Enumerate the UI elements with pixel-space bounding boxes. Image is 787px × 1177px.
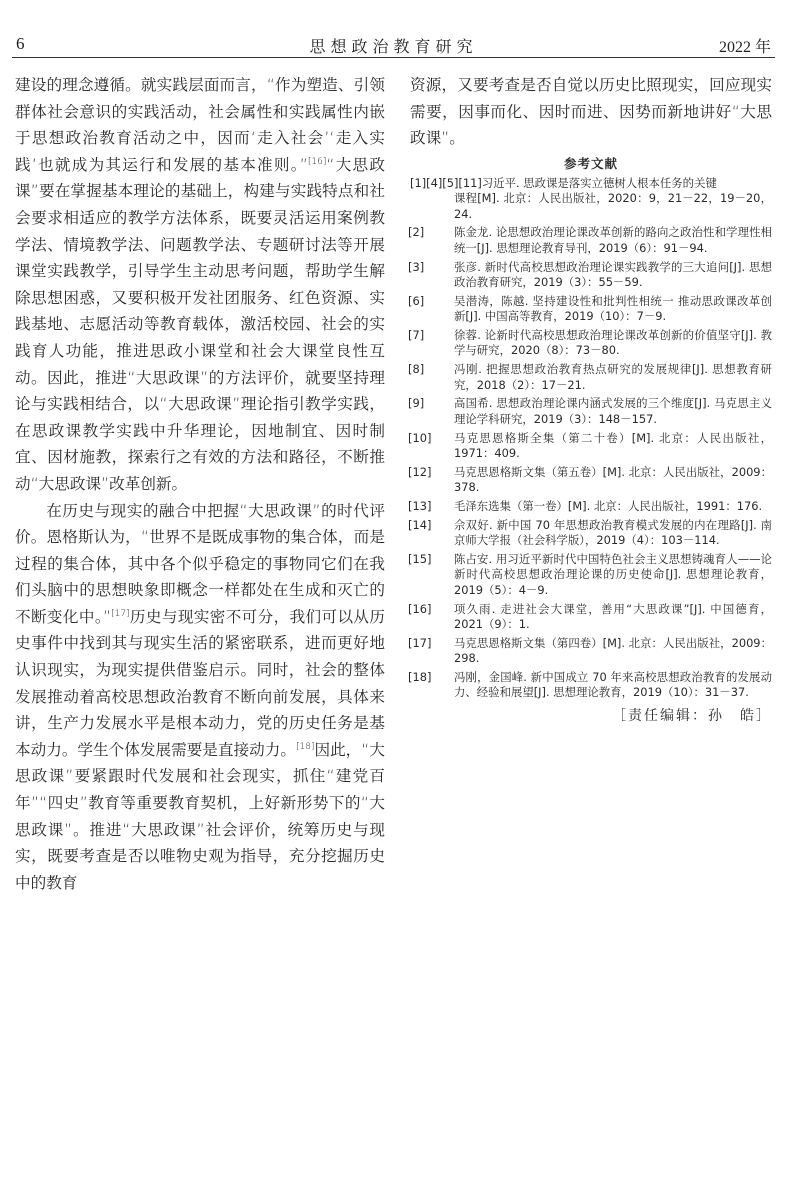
- page-header: 6 思想政治教育研究 2022 年: [12, 34, 775, 56]
- body-paragraph-continuation: 资源，又要考查是否自觉以历史比照现实，回应现实需要，因事而化、因时而进、因势而新…: [410, 72, 772, 152]
- reference-item: [10]马克思恩格斯全集（第二十卷）[M]. 北京：人民出版社，1971：409…: [410, 431, 772, 462]
- reference-text: 冯刚，金国峰. 新中国成立 70 年来高校思想政治教育的发展动力、经验和展望[J…: [454, 670, 772, 699]
- text-run: 历史与现实密不可分，我们可以从历史事件中找到其与现实生活的紧密联系，进而更好地认…: [15, 608, 385, 759]
- reference-number: [13]: [408, 499, 431, 514]
- reference-item: [12]马克思恩格斯文集（第五卷）[M]. 北京：人民出版社，2009：378.: [410, 465, 772, 496]
- reference-list: [1][4][5][11]习近平. 思政课是落实立德树人根本任务的关键课程[M]…: [410, 176, 772, 701]
- reference-number: [7]: [408, 328, 424, 343]
- reference-text: 陈金龙. 论思想政治理论课改革创新的路向之政治性和学理性相统一[J]. 思想理论…: [454, 225, 772, 254]
- reference-text: 徐蓉. 论新时代高校思想政治理论课改革创新的价值坚守[J]. 教学与研究，202…: [454, 328, 772, 357]
- reference-number: [12]: [408, 465, 431, 480]
- reference-text: 吴潜涛，陈越. 坚持建设性和批判性相统一 推动思政课改革创新[J]. 中国高等教…: [454, 294, 772, 323]
- header-rule: [12, 57, 775, 58]
- reference-text-continued: 课程[M]. 北京：人民出版社，2020：9，21－22，19－20，24.: [410, 191, 772, 222]
- publication-year: 2022 年: [719, 34, 771, 57]
- reference-number: [17]: [408, 636, 431, 651]
- reference-number: [3]: [408, 260, 424, 275]
- reference-item: [9]高国希. 思想政治理论课内涵式发展的三个维度[J]. 马克思主义理论学科研…: [410, 396, 772, 427]
- reference-text: 高国希. 思想政治理论课内涵式发展的三个维度[J]. 马克思主义理论学科研究，2…: [454, 396, 772, 425]
- reference-item: [17]马克思恩格斯文集（第四卷）[M]. 北京：人民出版社，2009：298.: [410, 636, 772, 667]
- references-heading: 参考文献: [410, 154, 772, 172]
- reference-text: 张彦. 新时代高校思想政治理论课实践教学的三大追问[J]. 思想政治教育研究，2…: [454, 260, 772, 289]
- reference-number: [18]: [408, 670, 431, 685]
- reference-text: 毛泽东选集（第一卷）[M]. 北京：人民出版社，1991：176.: [454, 499, 762, 513]
- citation-16: [16]: [308, 157, 326, 167]
- reference-number: [6]: [408, 294, 424, 309]
- reference-text: 佘双好. 新中国 70 年思想政治教育模式发展的内在理路[J]. 南京师大学报（…: [454, 518, 772, 547]
- reference-item: [14]佘双好. 新中国 70 年思想政治教育模式发展的内在理路[J]. 南京师…: [410, 518, 772, 549]
- reference-number: [9]: [408, 396, 424, 411]
- reference-number: [8]: [408, 362, 424, 377]
- reference-item: [3]张彦. 新时代高校思想政治理论课实践教学的三大追问[J]. 思想政治教育研…: [410, 260, 772, 291]
- reference-item: [8]冯刚. 把握思想政治教育热点研究的发展规律[J]. 思想教育研究，2018…: [410, 362, 772, 393]
- reference-item: [1][4][5][11]习近平. 思政课是落实立德树人根本任务的关键课程[M]…: [410, 176, 772, 222]
- right-column: 资源，又要考查是否自觉以历史比照现实，回应现实需要，因事而化、因时而进、因势而新…: [410, 72, 772, 725]
- reference-number: [15]: [408, 552, 431, 567]
- citation-17: [17]: [111, 609, 129, 619]
- reference-text: 项久雨. 走进社会大课堂，善用“大思政课”[J]. 中国德育，2021（9）：1…: [454, 602, 772, 631]
- reference-text: 马克思恩格斯全集（第二十卷）[M]. 北京：人民出版社，1971：409.: [454, 431, 772, 460]
- reference-item: [6]吴潜涛，陈越. 坚持建设性和批判性相统一 推动思政课改革创新[J]. 中国…: [410, 294, 772, 325]
- text-run: “大思政课”要在掌握基本理论的基础上，构建与实践特点和社会要求相适应的教学方法体…: [15, 156, 385, 493]
- reference-text: 习近平. 思政课是落实立德树人根本任务的关键: [482, 176, 717, 190]
- reference-number: [10]: [408, 431, 431, 446]
- responsible-editor-note: ［责任编辑：孙 皓］: [410, 705, 772, 725]
- reference-number: [2]: [408, 225, 424, 240]
- reference-item: [15]陈占安. 用习近平新时代中国特色社会主义思想铸魂育人——论新时代高校思想…: [410, 552, 772, 598]
- reference-text: 马克思恩格斯文集（第四卷）[M]. 北京：人民出版社，2009：298.: [454, 636, 772, 665]
- journal-title: 思想政治教育研究: [12, 34, 775, 57]
- reference-text: 冯刚. 把握思想政治教育热点研究的发展规律[J]. 思想教育研究，2018（2）…: [454, 362, 772, 391]
- reference-text: 陈占安. 用习近平新时代中国特色社会主义思想铸魂育人——论新时代高校思想政治理论…: [454, 552, 772, 597]
- reference-number: [14]: [408, 518, 431, 533]
- reference-number: [1][4][5][11]: [410, 176, 482, 190]
- reference-item: [13]毛泽东选集（第一卷）[M]. 北京：人民出版社，1991：176.: [410, 499, 772, 514]
- reference-item: [18]冯刚，金国峰. 新中国成立 70 年来高校思想政治教育的发展动力、经验和…: [410, 670, 772, 701]
- reference-text: 马克思恩格斯文集（第五卷）[M]. 北京：人民出版社，2009：378.: [454, 465, 772, 494]
- left-column: 建设的理念遵循。就实践层面而言，“作为塑造、引领群体社会意识的实践活动，社会属性…: [15, 72, 385, 896]
- body-paragraph-1: 建设的理念遵循。就实践层面而言，“作为塑造、引领群体社会意识的实践活动，社会属性…: [15, 72, 385, 498]
- text-run: 因此，“大思政课”要紧跟时代发展和社会现实，抓住“建党百年”“四史”教育等重要教…: [15, 741, 385, 892]
- body-paragraph-2: 在历史与现实的融合中把握“大思政课”的时代评价。恩格斯认为，“世界不是既成事物的…: [15, 498, 385, 897]
- reference-item: [16]项久雨. 走进社会大课堂，善用“大思政课”[J]. 中国德育，2021（…: [410, 602, 772, 633]
- reference-item: [7]徐蓉. 论新时代高校思想政治理论课改革创新的价值坚守[J]. 教学与研究，…: [410, 328, 772, 359]
- reference-number: [16]: [408, 602, 431, 617]
- reference-item: [2]陈金龙. 论思想政治理论课改革创新的路向之政治性和学理性相统一[J]. 思…: [410, 225, 772, 256]
- citation-18: [18]: [296, 742, 314, 752]
